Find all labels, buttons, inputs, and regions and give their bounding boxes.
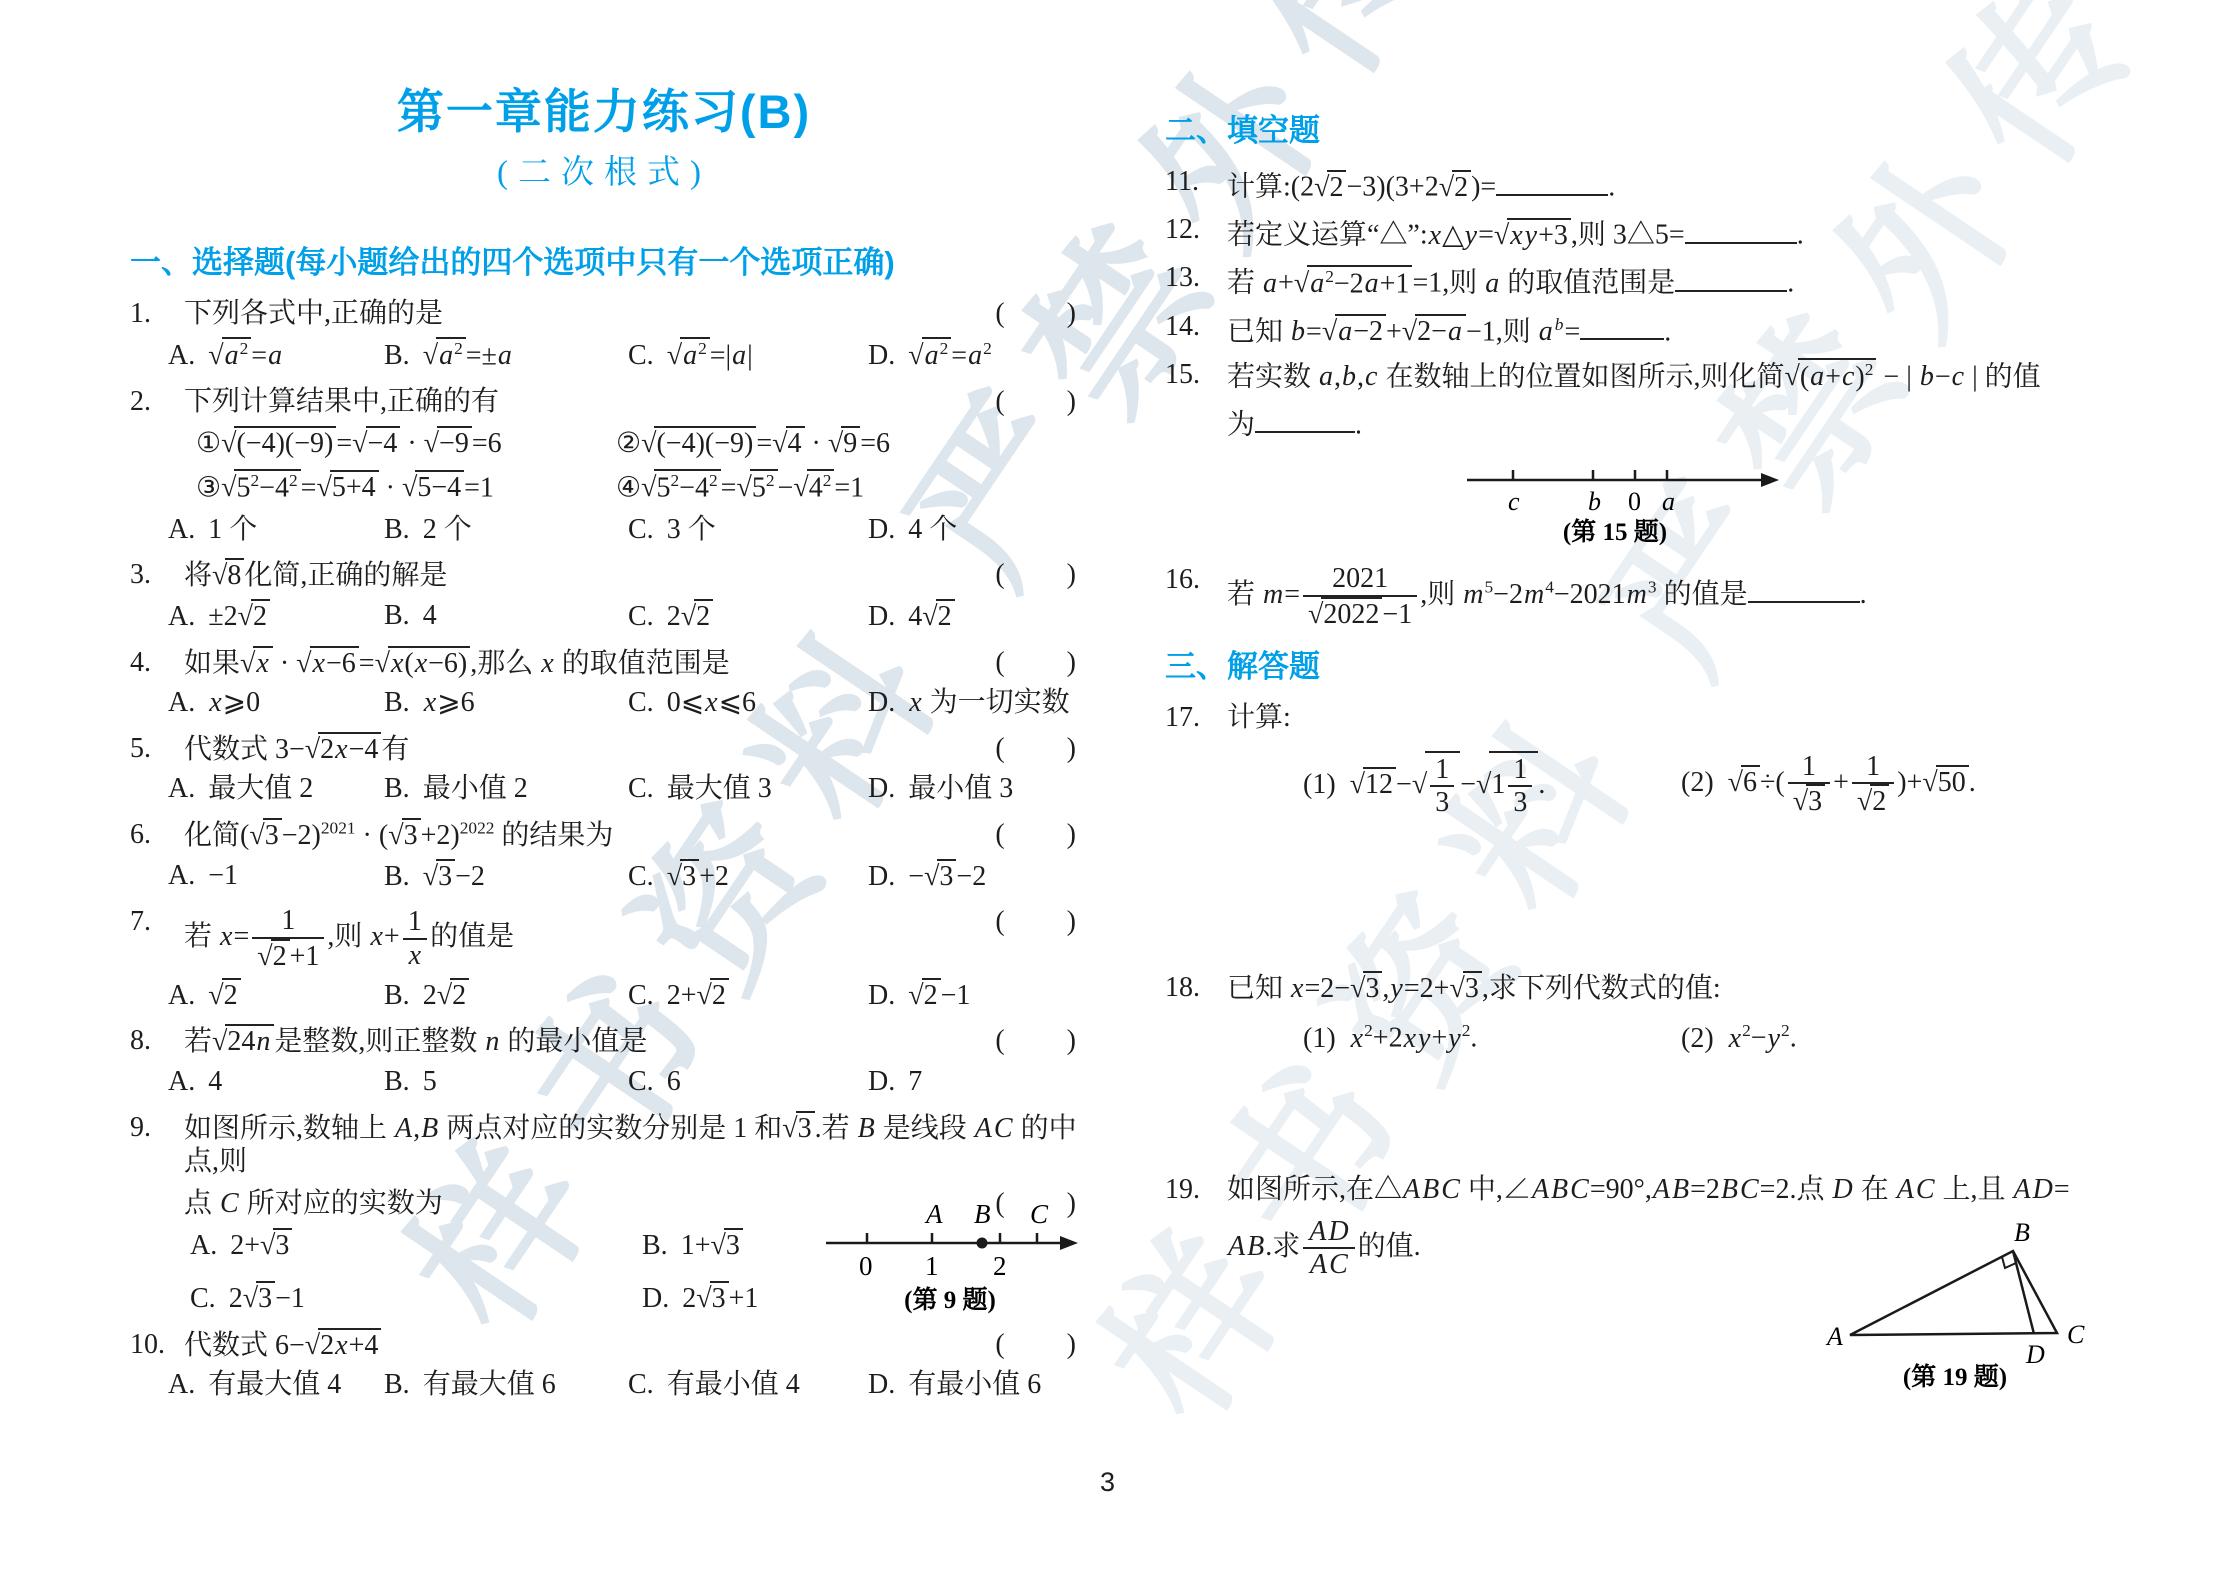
fill-question-12: 12.若定义运算“△”:x△y=√xy+3,则 3△5=.: [1165, 213, 2150, 252]
page-title: 第一章能力练习(B): [130, 84, 1078, 140]
option-b: B.√3−2: [384, 859, 624, 894]
question-3: 3.将√8化简,正确的解是( )A.±2√2B.4C.2√2D.4√2: [130, 558, 1078, 633]
sub-items: ③√52−42=√5+4 · √5−4=1④√52−42=√52−√42=1: [196, 469, 1078, 505]
question-stem: 13.若 a+√a2−2a+1=1,则 a 的取值范围是.: [1165, 261, 2150, 300]
svg-text:(第 19 题): (第 19 题): [1903, 1362, 2007, 1391]
question-stem: 1.下列各式中,正确的是( ): [130, 297, 1078, 331]
question-6: 6.化简(√3−2)2021 · (√3+2)2022 的结果为( )A.−1B…: [130, 818, 1078, 893]
fill-question-11: 11.计算:(2√2−3)(3+2√2)=.: [1165, 165, 2150, 204]
question-text: 计算:: [1227, 701, 2150, 735]
question-number: 8.: [130, 1024, 184, 1058]
option-c: C.2√3−1: [190, 1281, 642, 1316]
option-d: D.x 为一切实数: [868, 686, 1078, 720]
option-b: B.5: [384, 1065, 624, 1099]
question-parts: (1)x2+2xy+y2.(2)x2−y2.: [1303, 1021, 2150, 1055]
answer-blank: [1748, 573, 1860, 604]
answer-paren: ( ): [995, 818, 1078, 852]
option-a: A.有最大值 4: [168, 1368, 380, 1402]
question-number: 5.: [130, 732, 184, 766]
question-text: 若√24n是整数,则正整数 n 的最小值是: [184, 1024, 987, 1059]
svg-text:a: a: [1662, 487, 1675, 516]
question-text: 若 a+√a2−2a+1=1,则 a 的取值范围是.: [1227, 261, 2150, 300]
part-2: (2)√6÷(1√3+1√2)+√50.: [1681, 751, 2150, 818]
option-c: C.3 个: [628, 513, 864, 547]
sub-item: ④√52−42=√52−√42=1: [616, 469, 1078, 505]
svg-text:A: A: [1825, 1322, 1843, 1351]
question-number: 12.: [1165, 213, 1227, 252]
question-stem: 19.如图所示,在△ABC 中,∠ABC=90°,AB=2BC=2.点 D 在 …: [1165, 1173, 2150, 1207]
fill-question-14: 14.已知 b=√a−2+√2−a−1,则 ab=.: [1165, 310, 2150, 349]
option-b: B.√a2=±a: [384, 337, 624, 373]
question-stem: 8.若√24n是整数,则正整数 n 的最小值是( ): [130, 1024, 1078, 1059]
option-b: B.x⩾6: [384, 686, 624, 720]
option-a: A.±2√2: [168, 599, 380, 634]
question-text: 如图所示,数轴上 A,B 两点对应的实数分别是 1 和√3.若 B 是线段 AC…: [184, 1111, 1078, 1179]
question-number: 6.: [130, 818, 184, 852]
option-d: D.有最小值 6: [868, 1368, 1078, 1402]
question-stem: 12.若定义运算“△”:x△y=√xy+3,则 3△5=.: [1165, 213, 2150, 252]
option-c: C.6: [628, 1065, 864, 1099]
answer-paren: ( ): [995, 732, 1078, 766]
options: A.2+√3B.1+√3C.2√3−1D.2√3+1: [190, 1228, 902, 1315]
svg-text:D: D: [2025, 1340, 2045, 1369]
question-stem: 7.若 x=1√2+1,则 x+1x的值是( ): [130, 905, 1078, 972]
numberline-q9-svg: ABC012(第 9 题): [822, 1195, 1084, 1317]
question-text: 若定义运算“△”:x△y=√xy+3,则 3△5=.: [1227, 213, 2150, 252]
essay-question-list: 17.计算:(1)√12−√13−√113.(2)√6÷(1√3+1√2)+√5…: [1165, 701, 2150, 1403]
fill-question-13: 13.若 a+√a2−2a+1=1,则 a 的取值范围是.: [1165, 261, 2150, 300]
question-stem: 3.将√8化简,正确的解是( ): [130, 558, 1078, 593]
answer-paren: ( ): [995, 905, 1078, 939]
question-5: 5.代数式 3−√2x−4有( )A.最大值 2B.最小值 2C.最大值 3D.…: [130, 732, 1078, 806]
sub-item: ③√52−42=√5+4 · √5−4=1: [196, 469, 616, 505]
numberline-figure-q9: ABC012(第 9 题): [822, 1195, 1084, 1326]
question-number: 17.: [1165, 701, 1227, 735]
answer-blank: [1580, 310, 1664, 341]
question-text: 化简(√3−2)2021 · (√3+2)2022 的结果为: [184, 818, 987, 853]
question-number: 10.: [130, 1328, 184, 1362]
svg-text:0: 0: [1628, 487, 1641, 516]
question-text: 如果√x · √x−6=√x(x−6),那么 x 的取值范围是: [184, 646, 987, 681]
question-stem: 5.代数式 3−√2x−4有( ): [130, 732, 1078, 767]
question-text: 若实数 a,b,c 在数轴上的位置如图所示,则化简√(a+c)2 − | b−c…: [1227, 358, 2150, 394]
option-b: B.2√2: [384, 978, 624, 1013]
question-number: 14.: [1165, 310, 1227, 349]
question-text: 代数式 6−√2x+4: [184, 1328, 987, 1363]
svg-text:1: 1: [925, 1251, 939, 1281]
question-text: 若 x=1√2+1,则 x+1x的值是: [184, 905, 987, 972]
option-b: B.2 个: [384, 513, 624, 547]
answer-paren: ( ): [995, 297, 1078, 331]
question-text: 已知 b=√a−2+√2−a−1,则 ab=.: [1227, 310, 2150, 349]
options: A.−1B.√3−2C.√3+2D.−√3−2: [168, 859, 1078, 894]
numberline-q15-svg: cb0a(第 15 题): [1465, 450, 1795, 546]
question-2: 2.下列计算结果中,正确的有( )①√(−4)(−9)=√−4 · √−9=6②…: [130, 385, 1078, 547]
svg-text:0: 0: [859, 1251, 873, 1281]
svg-text:2: 2: [993, 1251, 1007, 1281]
question-number: 19.: [1165, 1173, 1227, 1207]
triangle-q19-svg: ABCD(第 19 题): [1815, 1223, 2100, 1391]
right-column: 二、填空题 11.计算:(2√2−3)(3+2√2)=.12.若定义运算“△”:…: [1165, 112, 2150, 1403]
options: A.最大值 2B.最小值 2C.最大值 3D.最小值 3: [168, 772, 1078, 806]
question-text: 将√8化简,正确的解是: [184, 558, 987, 593]
page-subtitle: (二次根式): [130, 154, 1078, 194]
option-a: A.√2: [168, 978, 380, 1013]
option-a: A.最大值 2: [168, 772, 380, 806]
option-c: C.√3+2: [628, 859, 864, 894]
sub-item: ②√(−4)(−9)=√4 · √9=6: [616, 426, 1078, 461]
question-text: 若 m=2021√2022−1,则 m5−2m4−2021m3 的值是.: [1227, 563, 2150, 630]
options: A.±2√2B.4C.2√2D.4√2: [168, 599, 1078, 634]
svg-text:c: c: [1508, 487, 1520, 516]
page-number: 3: [1100, 1466, 1115, 1498]
essay-question-17: 17.计算:(1)√12−√13−√113.(2)√6÷(1√3+1√2)+√5…: [1165, 701, 2150, 818]
svg-text:B: B: [974, 1199, 991, 1229]
option-d: D.最小值 3: [868, 772, 1078, 806]
question-number: 1.: [130, 297, 184, 331]
question-parts: (1)√12−√13−√113.(2)√6÷(1√3+1√2)+√50.: [1303, 751, 2150, 819]
svg-text:A: A: [924, 1199, 943, 1229]
choice-question-list: 1.下列各式中,正确的是( )A.√a2=aB.√a2=±aC.√a2=|a|D…: [130, 297, 1078, 1402]
section-heading-fill: 二、填空题: [1165, 112, 2150, 149]
question-stem: 16.若 m=2021√2022−1,则 m5−2m4−2021m3 的值是.: [1165, 563, 2150, 630]
answer-paren: ( ): [995, 558, 1078, 592]
fill-question-15: 15.若实数 a,b,c 在数轴上的位置如图所示,则化简√(a+c)2 − | …: [1165, 358, 2150, 555]
question-number: 18.: [1165, 971, 1227, 1006]
option-d: D.−√3−2: [868, 859, 1078, 894]
answer-blank: [1685, 213, 1797, 244]
sub-item: ①√(−4)(−9)=√−4 · √−9=6: [196, 426, 616, 461]
question-stem: 4.如果√x · √x−6=√x(x−6),那么 x 的取值范围是( ): [130, 646, 1078, 681]
question-number: 11.: [1165, 165, 1227, 204]
question-stem: 14.已知 b=√a−2+√2−a−1,则 ab=.: [1165, 310, 2150, 349]
question-number: 3.: [130, 558, 184, 592]
sub-items: ①√(−4)(−9)=√−4 · √−9=6②√(−4)(−9)=√4 · √9…: [196, 426, 1078, 461]
option-d: D.4√2: [868, 599, 1078, 634]
svg-text:(第 9 题): (第 9 题): [904, 1285, 996, 1314]
question-number: 4.: [130, 646, 184, 680]
question-10: 10.代数式 6−√2x+4( )A.有最大值 4B.有最大值 6C.有最小值 …: [130, 1328, 1078, 1402]
answer-paren: ( ): [995, 646, 1078, 680]
answer-paren: ( ): [995, 1024, 1078, 1058]
question-stem: 15.若实数 a,b,c 在数轴上的位置如图所示,则化简√(a+c)2 − | …: [1165, 358, 2150, 394]
question-text-line2: 为.: [1227, 403, 2150, 442]
question-text: 已知 x=2−√3,y=2+√3,求下列代数式的值:: [1227, 971, 2150, 1006]
answer-blank: [1255, 403, 1355, 434]
option-b: B.4: [384, 599, 624, 633]
question-4: 4.如果√x · √x−6=√x(x−6),那么 x 的取值范围是( )A.x⩾…: [130, 646, 1078, 720]
svg-text:C: C: [2067, 1320, 2085, 1349]
question-text: 如图所示,在△ABC 中,∠ABC=90°,AB=2BC=2.点 D 在 AC …: [1227, 1173, 2150, 1207]
svg-text:b: b: [1588, 487, 1601, 516]
answer-blank: [1496, 165, 1608, 196]
question-text: 代数式 3−√2x−4有: [184, 732, 987, 767]
svg-text:(第 15 题): (第 15 题): [1563, 517, 1667, 546]
question-9: 9.如图所示,数轴上 A,B 两点对应的实数分别是 1 和√3.若 B 是线段 …: [130, 1111, 1078, 1316]
question-number: 16.: [1165, 563, 1227, 630]
left-column: 第一章能力练习(B) (二次根式) 一、选择题(每小题给出的四个选项中只有一个选…: [130, 84, 1078, 1414]
fill-question-list: 11.计算:(2√2−3)(3+2√2)=.12.若定义运算“△”:x△y=√x…: [1165, 165, 2150, 630]
option-d: D.√a2=a2: [868, 337, 1078, 373]
question-1: 1.下列各式中,正确的是( )A.√a2=aB.√a2=±aC.√a2=|a|D…: [130, 297, 1078, 373]
option-d: D.√2−1: [868, 978, 1078, 1013]
option-b: B.最小值 2: [384, 772, 624, 806]
question-stem: 2.下列计算结果中,正确的有( ): [130, 385, 1078, 419]
question-7: 7.若 x=1√2+1,则 x+1x的值是( )A.√2B.2√2C.2+√2D…: [130, 905, 1078, 1012]
question-text: 计算:(2√2−3)(3+2√2)=.: [1227, 165, 2150, 204]
question-8: 8.若√24n是整数,则正整数 n 的最小值是( )A.4B.5C.6D.7: [130, 1024, 1078, 1098]
svg-text:B: B: [2014, 1223, 2030, 1247]
essay-question-18: 18.已知 x=2−√3,y=2+√3,求下列代数式的值:(1)x2+2xy+y…: [1165, 971, 2150, 1056]
option-a: A.2+√3: [190, 1228, 642, 1263]
options: A.1 个B.2 个C.3 个D.4 个: [168, 513, 1078, 547]
options: A.√a2=aB.√a2=±aC.√a2=|a|D.√a2=a2: [168, 337, 1078, 373]
option-c: C.有最小值 4: [628, 1368, 864, 1402]
option-c: C.2+√2: [628, 978, 864, 1013]
option-a: A.√a2=a: [168, 337, 380, 373]
fill-question-16: 16.若 m=2021√2022−1,则 m5−2m4−2021m3 的值是.: [1165, 563, 2150, 630]
options: A.有最大值 4B.有最大值 6C.有最小值 4D.有最小值 6: [168, 1368, 1078, 1402]
answer-blank: [1675, 261, 1787, 292]
option-a: A.4: [168, 1065, 380, 1099]
section-heading-choice: 一、选择题(每小题给出的四个选项中只有一个选项正确): [130, 244, 1078, 281]
svg-text:C: C: [1030, 1199, 1049, 1229]
options: A.√2B.2√2C.2+√2D.√2−1: [168, 978, 1078, 1013]
option-a: A.x⩾0: [168, 686, 380, 720]
option-b: B.有最大值 6: [384, 1368, 624, 1402]
question-text: 下列计算结果中,正确的有: [184, 385, 987, 419]
question-stem: 18.已知 x=2−√3,y=2+√3,求下列代数式的值:: [1165, 971, 2150, 1006]
option-a: A.−1: [168, 859, 380, 893]
numberline-figure-q15: cb0a(第 15 题): [1465, 450, 1805, 555]
question-number: 15.: [1165, 358, 1227, 394]
triangle-figure-q19: ABCD(第 19 题): [1815, 1223, 2100, 1400]
question-number: 7.: [130, 905, 184, 939]
answer-paren: ( ): [995, 1328, 1078, 1362]
question-number: 13.: [1165, 261, 1227, 300]
question-stem: 17.计算:: [1165, 701, 2150, 735]
essay-question-19: 19.如图所示,在△ABC 中,∠ABC=90°,AB=2BC=2.点 D 在 …: [1165, 1173, 2150, 1403]
question-stem: 11.计算:(2√2−3)(3+2√2)=.: [1165, 165, 2150, 204]
answer-paren: ( ): [995, 385, 1078, 419]
question-stem: 10.代数式 6−√2x+4( ): [130, 1328, 1078, 1363]
option-c: C.2√2: [628, 599, 864, 634]
options: A.x⩾0B.x⩾6C.0⩽x⩽6D.x 为一切实数: [168, 686, 1078, 720]
question-number: 9.: [130, 1111, 184, 1145]
option-c: C.最大值 3: [628, 772, 864, 806]
question-stem: 9.如图所示,数轴上 A,B 两点对应的实数分别是 1 和√3.若 B 是线段 …: [130, 1111, 1078, 1179]
section-heading-essay: 三、解答题: [1165, 648, 2150, 685]
part-2: (2)x2−y2.: [1681, 1021, 2150, 1055]
option-a: A.1 个: [168, 513, 380, 547]
option-d: D.7: [868, 1065, 1078, 1099]
question-number: 2.: [130, 385, 184, 419]
options: A.4B.5C.6D.7: [168, 1065, 1078, 1099]
part-1: (1)x2+2xy+y2.: [1303, 1021, 1681, 1055]
option-c: C.√a2=|a|: [628, 337, 864, 373]
question-stem: 6.化简(√3−2)2021 · (√3+2)2022 的结果为( ): [130, 818, 1078, 853]
worksheet-page: 样书资料 严禁外传 样书资料 严禁外传 第一章能力练习(B) (二次根式) 一、…: [0, 0, 2221, 1571]
option-d: D.4 个: [868, 513, 1078, 547]
option-c: C.0⩽x⩽6: [628, 686, 864, 720]
part-1: (1)√12−√13−√113.: [1303, 751, 1681, 819]
question-text: 下列各式中,正确的是: [184, 297, 987, 331]
